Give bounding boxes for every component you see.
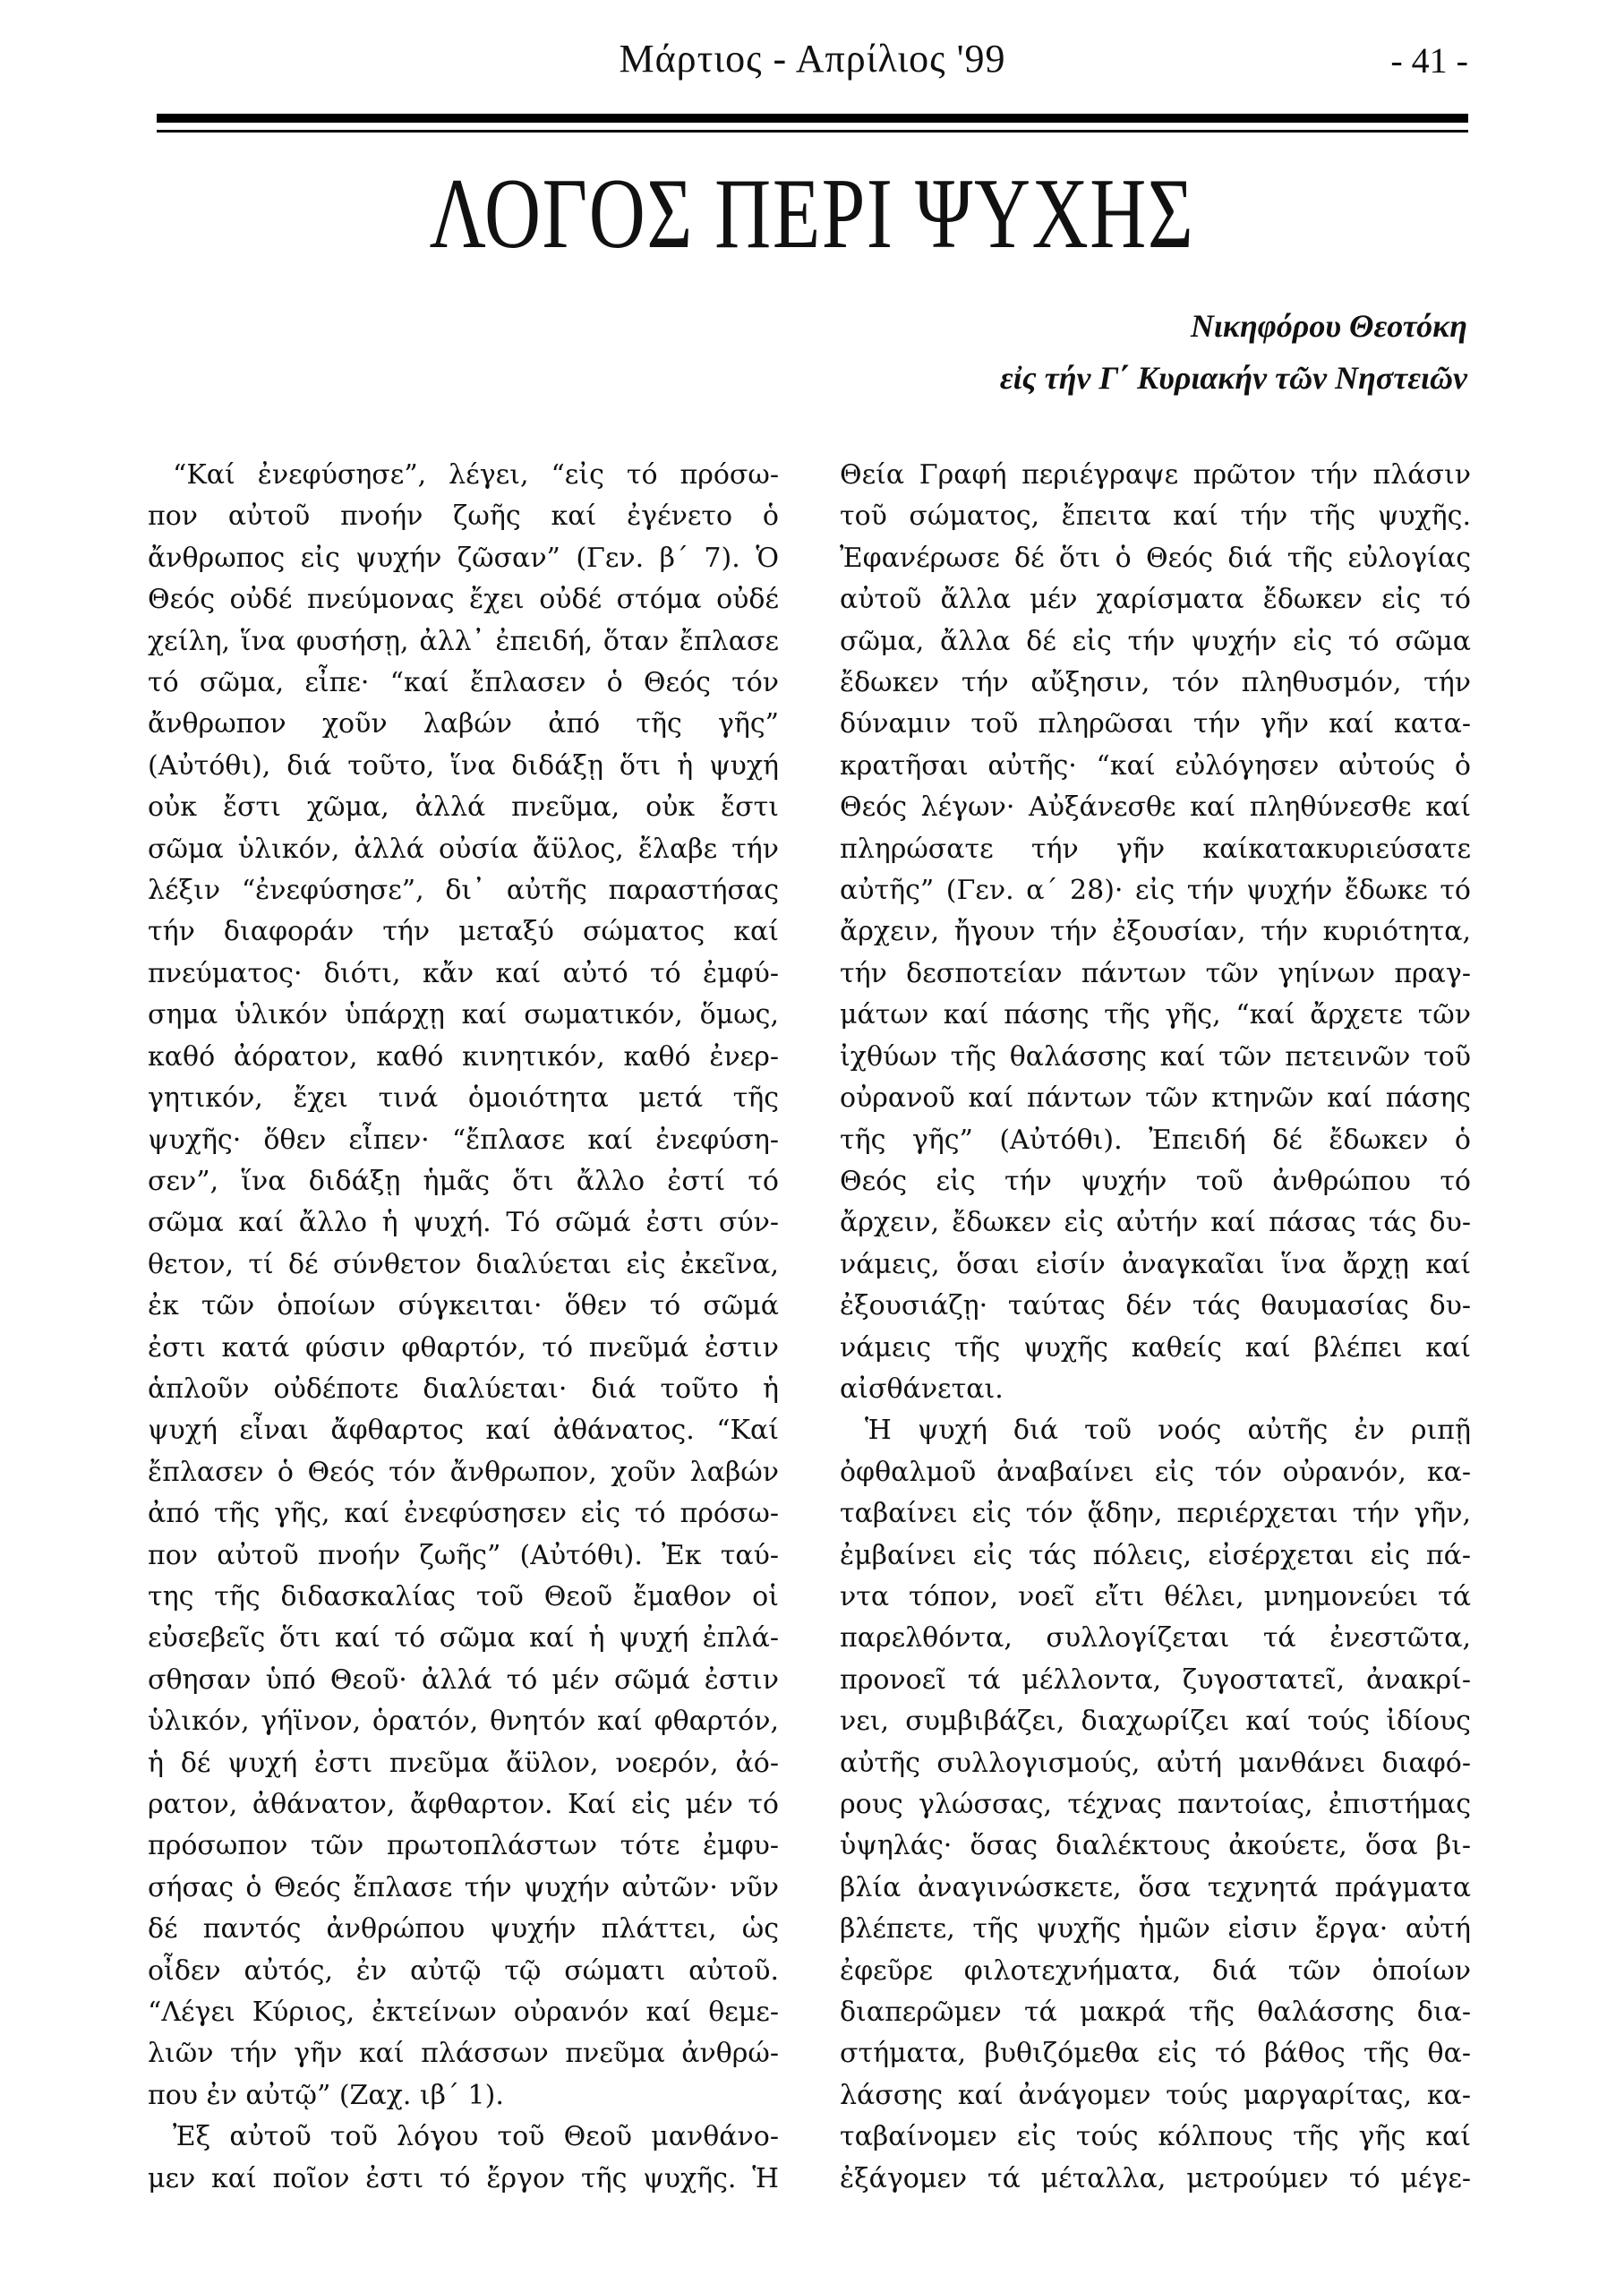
text-line: χείλη, ἵνα φυσήσῃ, ἀλλ᾽ ἐπειδή, ὅταν ἔπλ… xyxy=(148,621,779,663)
text-line: τήν διαφοράν τήν μεταξύ σώματος καί xyxy=(148,911,779,953)
header-rule-thin xyxy=(157,130,1468,133)
byline-author: Νικηφόρου Θεοτόκη xyxy=(1000,300,1467,352)
text-line: εὐσεβεῖς ὅτι καί τό σῶμα καί ἡ ψυχή ἐπλά… xyxy=(148,1618,779,1659)
text-line: ἐφεῦρε φιλοτεχνήματα, διά τῶν ὁποίων xyxy=(840,1951,1471,1992)
text-line: ἀπό τῆς γῆς, καί ἐνεφύσησεν εἰς τό πρόσω… xyxy=(148,1493,779,1535)
text-line: λάσσης καί ἀνάγομεν τούς μαργαρίτας, κα- xyxy=(840,2075,1471,2117)
text-line: ἐκ τῶν ὁποίων σύγκειται· ὅθεν τό σῶμά xyxy=(148,1286,779,1327)
text-line: τῆς γῆς” (Αὐτόθι). Ἐπειδή δέ ἔδωκεν ὁ xyxy=(840,1120,1471,1161)
text-line: ἄνθρωπον χοῦν λαβών ἀπό τῆς γῆς” xyxy=(148,704,779,745)
text-line: ἔπλασεν ὁ Θεός τόν ἄνθρωπον, χοῦν λαβών xyxy=(148,1452,779,1493)
text-line: σῶμα, ἄλλα δέ εἰς τήν ψυχήν εἰς τό σῶμα xyxy=(840,621,1471,663)
text-line: ταβαίνομεν εἰς τούς κόλπους τῆς γῆς καί xyxy=(840,2117,1471,2158)
text-line: της τῆς διδασκαλίας τοῦ Θεοῦ ἔμαθον οἱ xyxy=(148,1577,779,1618)
text-line: δέ παντός ἀνθρώπου ψυχήν πλάττει, ὡς xyxy=(148,1909,779,1950)
text-line: αὐτῆς” (Γεν. α΄ 28)· εἰς τήν ψυχήν ἔδωκε… xyxy=(840,870,1471,911)
text-line: σημα ὑλικόν ὑπάρχῃ καί σωματικόν, ὅμως, xyxy=(148,995,779,1036)
page-number: - 41 - xyxy=(1390,39,1468,81)
text-line: προνοεῖ τά μέλλοντα, ζυγοστατεῖ, ἀνακρί- xyxy=(840,1660,1471,1701)
text-line: ὑλικόν, γήϊνον, ὁρατόν, θνητόν καί φθαρτ… xyxy=(148,1701,779,1742)
text-line: σθησαν ὑπό Θεοῦ· ἀλλά τό μέν σῶμά ἐστιν xyxy=(148,1660,779,1701)
text-line: ντα τόπον, νοεῖ εἴτι θέλει, μνημονεύει τ… xyxy=(840,1577,1471,1618)
text-line: ἐξάγομεν τά μέταλλα, μετρούμεν τό μέγε- xyxy=(840,2159,1471,2200)
byline-occasion: εἰς τήν Γ΄ Κυριακήν τῶν Νηστειῶν xyxy=(1000,352,1467,404)
text-line: ἄρχειν, ἤγουν τήν ἐξουσίαν, τήν κυριότητ… xyxy=(840,911,1471,953)
text-line: που ἐν αὐτῷ” (Ζαχ. ιβ΄ 1). xyxy=(148,2075,779,2117)
text-line: ρατον, ἀθάνατον, ἄφθαρτον. Καί εἰς μέν τ… xyxy=(148,1784,779,1826)
text-line: τό σῶμα, εἶπε· “καί ἔπλασεν ὁ Θεός τόν xyxy=(148,663,779,704)
text-line: ρους γλώσσας, τέχνας παντοίας, ἐπιστήμας xyxy=(840,1784,1471,1826)
text-line: Θεός εἰς τήν ψυχήν τοῦ ἀνθρώπου τό xyxy=(840,1161,1471,1202)
text-line: λιῶν τήν γῆν καί πλάσσων πνεῦμα ἀνθρώ- xyxy=(148,2033,779,2074)
text-line: πον αὐτοῦ πνοήν ζωῆς” (Αὐτόθι). Ἐκ ταύ- xyxy=(148,1535,779,1577)
text-line: παρελθόντα, συλλογίζεται τά ἐνεστῶτα, xyxy=(840,1618,1471,1659)
text-line: πνεύματος· διότι, κἄν καί αὐτό τό ἐμφύ- xyxy=(148,954,779,995)
text-line: βλέπετε, τῆς ψυχῆς ἡμῶν εἰσιν ἔργα· αὐτή xyxy=(840,1909,1471,1950)
text-line: ἐστι κατά φύσιν φθαρτόν, τό πνεῦμά ἐστιν xyxy=(148,1328,779,1369)
text-line: ἐξουσιάζῃ· ταύτας δέν τάς θαυμασίας δυ- xyxy=(840,1286,1471,1327)
text-line: οὐρανοῦ καί πάντων τῶν κτηνῶν καί πάσης xyxy=(840,1078,1471,1119)
column-right: Θεία Γραφή περιέγραψε πρῶτον τήν πλάσιντ… xyxy=(840,455,1471,2200)
text-line: πληρώσατε τήν γῆν καίκατακυριεύσατε xyxy=(840,829,1471,870)
text-line: ἁπλοῦν οὐδέποτε διαλύεται· διά τοῦτο ἡ xyxy=(148,1369,779,1410)
text-line: γητικόν, ἔχει τινά ὁμοιότητα μετά τῆς xyxy=(148,1078,779,1119)
text-line: νει, συμβιβάζει, διαχωρίζει καί τούς ἰδί… xyxy=(840,1701,1471,1742)
page-header: Μάρτιος - Απρίλιος '99 - 41 - xyxy=(157,20,1468,109)
text-line: ἔδωκεν τήν αὔξησιν, τόν πληθυσμόν, τήν xyxy=(840,663,1471,704)
text-line: νάμεις, ὅσαι εἰσίν ἀναγκαῖαι ἵνα ἄρχῃ κα… xyxy=(840,1244,1471,1286)
text-line: ἄνθρωπος εἰς ψυχήν ζῶσαν” (Γεν. β΄ 7). Ὁ xyxy=(148,538,779,579)
text-line: ψυχή εἶναι ἄφθαρτος καί ἀθάνατος. “Καί xyxy=(148,1410,779,1451)
text-line: ταβαίνει εἰς τόν ᾅδην, περιέρχεται τήν γ… xyxy=(840,1493,1471,1535)
text-line: σῶμα καί ἄλλο ἡ ψυχή. Τό σῶμά ἐστι σύν- xyxy=(148,1202,779,1244)
text-line: “Λέγει Κύριος, ἐκτείνων οὐρανόν καί θεμε… xyxy=(148,1992,779,2033)
text-line: τοῦ σώματος, ἔπειτα καί τήν τῆς ψυχῆς. xyxy=(840,496,1471,537)
text-line: διαπερῶμεν τά μακρά τῆς θαλάσσης δια- xyxy=(840,1992,1471,2033)
text-line: (Αὐτόθι), διά τοῦτο, ἵνα διδάξῃ ὅτι ἡ ψυ… xyxy=(148,746,779,787)
text-line: κρατῆσαι αὐτῆς· “καί εὐλόγησεν αὐτούς ὁ xyxy=(840,746,1471,787)
text-line: Ἐξ αὐτοῦ τοῦ λόγου τοῦ Θεοῦ μανθάνο- xyxy=(148,2117,779,2158)
text-line: “Καί ἐνεφύσησε”, λέγει, “εἰς τό πρόσω- xyxy=(148,455,779,496)
article-title: ΛΟΓΟΣ ΠΕΡΙ ΨΥΧΗΣ xyxy=(179,157,1446,272)
text-line: Θεία Γραφή περιέγραψε πρῶτον τήν πλάσιν xyxy=(840,455,1471,496)
text-line: ἐμβαίνει εἰς τάς πόλεις, εἰσέρχεται εἰς … xyxy=(840,1535,1471,1577)
text-line: πον αὐτοῦ πνοήν ζωῆς καί ἐγένετο ὁ xyxy=(148,496,779,537)
running-title: Μάρτιος - Απρίλιος '99 xyxy=(157,36,1468,81)
text-line: καθό ἀόρατον, καθό κινητικόν, καθό ἐνερ- xyxy=(148,1037,779,1078)
text-line: βλία ἀναγινώσκετε, ὅσα τεχνητά πράγματα xyxy=(840,1868,1471,1909)
byline: Νικηφόρου Θεοτόκη εἰς τήν Γ΄ Κυριακήν τῶ… xyxy=(1000,300,1467,404)
text-line: δύναμιν τοῦ πληρῶσαι τήν γῆν καί κατα- xyxy=(840,704,1471,745)
text-line: Ἐφανέρωσε δέ ὅτι ὁ Θεός διά τῆς εὐλογίας xyxy=(840,538,1471,579)
text-line: μεν καί ποῖον ἐστι τό ἔργον τῆς ψυχῆς. Ἡ xyxy=(148,2159,779,2200)
text-line: οὐκ ἔστι χῶμα, ἀλλά πνεῦμα, οὐκ ἔστι xyxy=(148,787,779,828)
text-line: σήσας ὁ Θεός ἔπλασε τήν ψυχήν αὐτῶν· νῦν xyxy=(148,1868,779,1909)
text-line: νάμεις τῆς ψυχῆς καθείς καί βλέπει καί xyxy=(840,1328,1471,1369)
text-line: Θεός λέγων· Αὐξάνεσθε καί πληθύνεσθε καί xyxy=(840,787,1471,828)
text-line: ἰχθύων τῆς θαλάσσης καί τῶν πετεινῶν τοῦ xyxy=(840,1037,1471,1078)
text-line: σῶμα ὑλικόν, ἀλλά οὐσία ἄϋλος, ἔλαβε τήν xyxy=(148,829,779,870)
text-line: αὐτοῦ ἄλλα μέν χαρίσματα ἔδωκεν εἰς τό xyxy=(840,579,1471,620)
text-line: τήν δεσποτείαν πάντων τῶν γηίνων πραγ- xyxy=(840,954,1471,995)
text-line: σεν”, ἵνα διδάξῃ ἡμᾶς ὅτι ἄλλο ἐστί τό xyxy=(148,1161,779,1202)
text-line: αὐτῆς συλλογισμούς, αὐτή μανθάνει διαφό- xyxy=(840,1743,1471,1784)
header-rule-thick xyxy=(157,114,1468,123)
text-line: στήματα, βυθιζόμεθα εἰς τό βάθος τῆς θα- xyxy=(840,2033,1471,2074)
text-line: ψυχῆς· ὅθεν εἶπεν· “ἔπλασε καί ἐνεφύση- xyxy=(148,1120,779,1161)
text-line: πρόσωπον τῶν πρωτοπλάστων τότε ἐμφυ- xyxy=(148,1826,779,1867)
column-left: “Καί ἐνεφύσησε”, λέγει, “εἰς τό πρόσω-πο… xyxy=(148,455,779,2200)
text-line: ὑψηλάς· ὅσας διαλέκτους ἀκούετε, ὅσα βι- xyxy=(840,1826,1471,1867)
text-line: λέξιν “ἐνεφύσησε”, δι᾽ αὐτῆς παραστήσας xyxy=(148,870,779,911)
text-line: αἰσθάνεται. xyxy=(840,1369,1471,1410)
text-line: μάτων καί πάσης τῆς γῆς, “καί ἄρχετε τῶν xyxy=(840,995,1471,1036)
text-line: οἶδεν αὐτός, ἐν αὐτῷ τῷ σώματι αὐτοῦ. xyxy=(148,1951,779,1992)
text-line: ὀφθαλμοῦ ἀναβαίνει εἰς τόν οὐρανόν, κα- xyxy=(840,1452,1471,1493)
text-line: Θεός οὐδέ πνεύμονας ἔχει οὐδέ στόμα οὐδέ xyxy=(148,579,779,620)
text-line: ἡ δέ ψυχή ἐστι πνεῦμα ἄϋλον, νοερόν, ἀό- xyxy=(148,1743,779,1784)
text-line: θετον, τί δέ σύνθετον διαλύεται εἰς ἐκεῖ… xyxy=(148,1244,779,1286)
text-line: Ἡ ψυχή διά τοῦ νοός αὐτῆς ἐν ριπῇ xyxy=(840,1410,1471,1451)
text-line: ἄρχειν, ἔδωκεν εἰς αὐτήν καί πάσας τάς δ… xyxy=(840,1202,1471,1244)
